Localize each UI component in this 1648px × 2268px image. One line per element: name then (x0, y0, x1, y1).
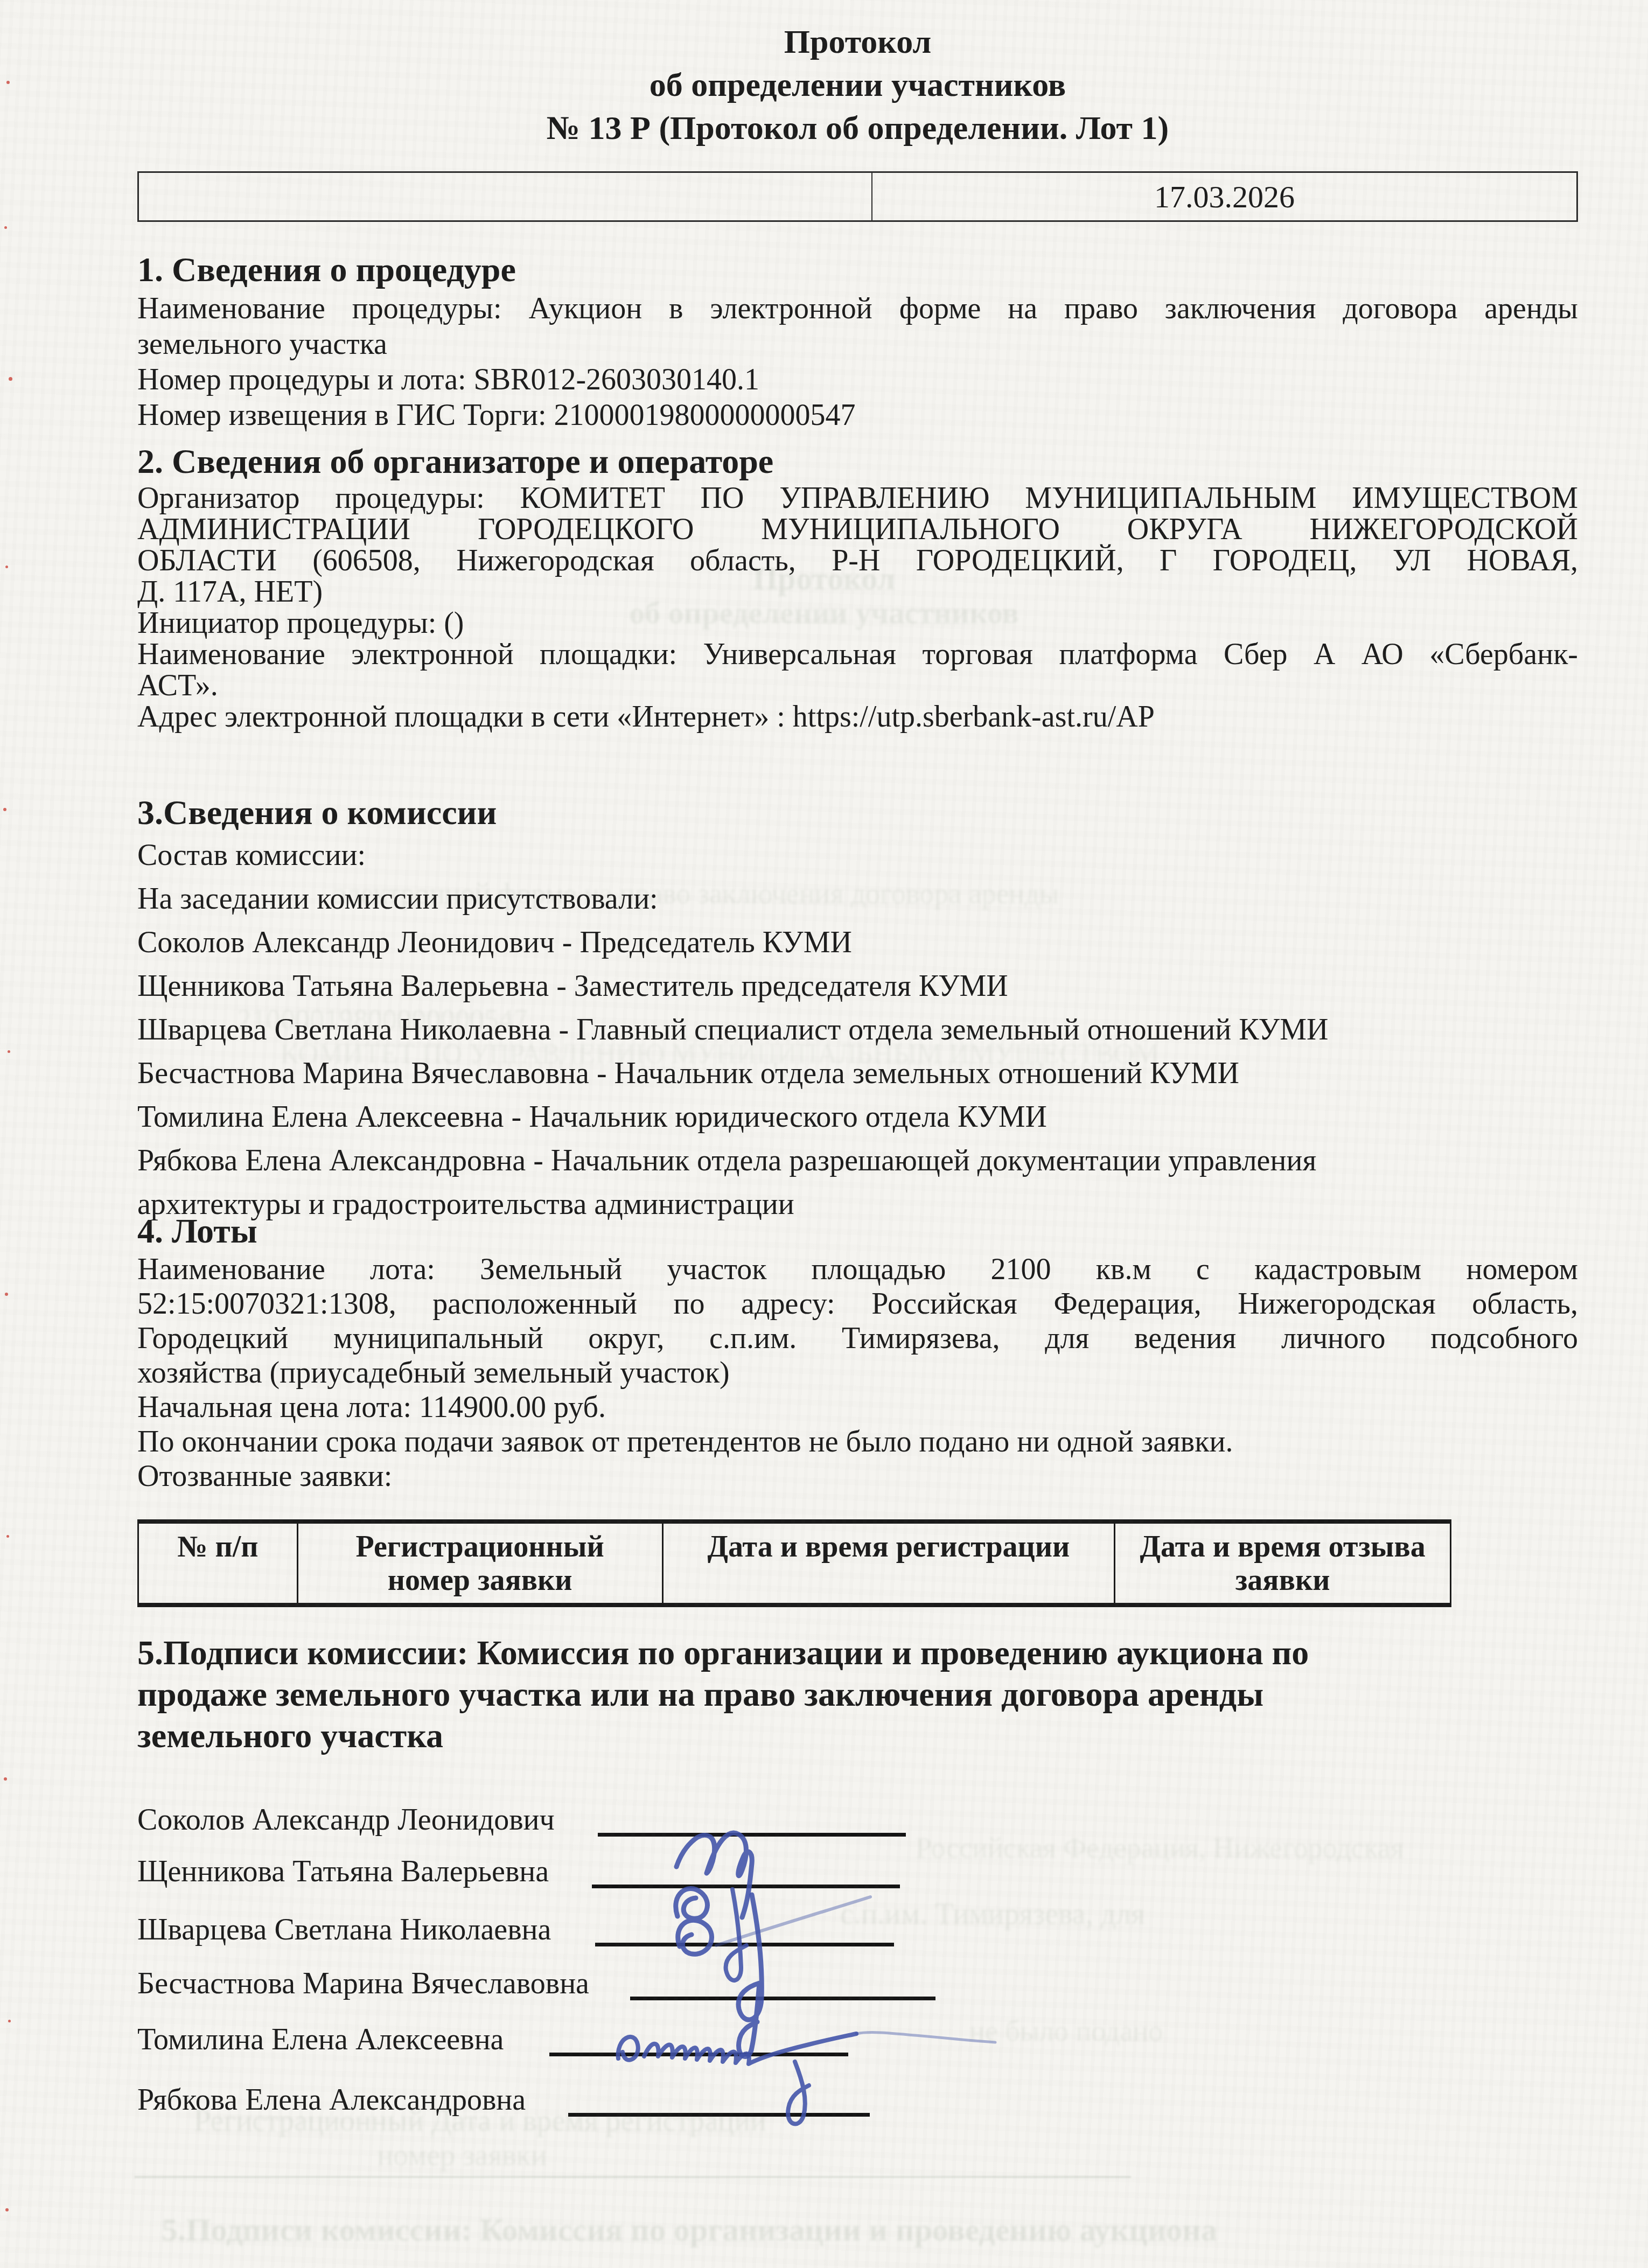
signature-line (592, 1885, 900, 1888)
signature-line (568, 2113, 870, 2117)
body-line: 52:15:0070321:1308, расположенный по адр… (137, 1287, 1578, 1321)
bleedthrough-text: 5.Подписи комиссии: Комиссия по организа… (162, 2211, 1217, 2249)
document-date: 17.03.2026 (872, 173, 1576, 220)
signature-row: Щенникова Татьяна Валерьевна (137, 1855, 1578, 1888)
body-line: ОБЛАСТИ (606508, Нижегородская область, … (137, 545, 1578, 576)
scanned-document-page: Протокол об определении участников элект… (0, 0, 1648, 2268)
section-signatures: 5.Подписи комиссии: Комиссия по организа… (137, 1632, 1578, 1756)
date-table: 17.03.2026 (137, 171, 1578, 222)
signature-row: Шварцева Светлана Николаевна (137, 1914, 1578, 1946)
body-line: АДМИНИСТРАЦИИ ГОРОДЕЦКОГО МУНИЦИПАЛЬНОГО… (137, 514, 1578, 545)
section-procedure: 1. Сведения о процедуре Наименование про… (137, 249, 1578, 433)
body-line: Наименование процедуры: Аукцион в электр… (137, 291, 1578, 326)
table-header-text: № п/п (139, 1530, 296, 1564)
signature-line (549, 2053, 848, 2056)
table-header-reg-datetime: Дата и время регистрации (662, 1522, 1115, 1605)
signer-name: Шварцева Светлана Николаевна (137, 1913, 551, 1946)
table-header-number: № п/п (138, 1522, 298, 1605)
body-line: АСТ». (137, 670, 1578, 701)
section-organizer-heading: 2. Сведения об организаторе и операторе (137, 441, 1578, 483)
section-procedure-heading: 1. Сведения о процедуре (137, 249, 1578, 291)
signature-row: Бесчастнова Марина Вячеславовна (137, 1967, 1578, 2000)
lot-start-price: Начальная цена лота: 114900.00 руб. (137, 1390, 1578, 1425)
body-line: хозяйства (приусадебный земельный участо… (137, 1356, 1578, 1390)
signature-block: Соколов Александр Леонидович Щенникова Т… (137, 1802, 1578, 2146)
body-line: Городецкий муниципальный округ, с.п.им. … (137, 1321, 1578, 1356)
signature-row: Соколов Александр Леонидович (137, 1804, 1578, 1836)
commission-member: Томилина Елена Алексеевна - Начальник юр… (137, 1095, 1578, 1139)
scanner-speck (8, 1050, 10, 1053)
table-header-text: заявки (1116, 1564, 1449, 1597)
signer-name: Томилина Елена Алексеевна (137, 2023, 504, 2056)
signature-row: Рябкова Елена Александровна (137, 2084, 1578, 2116)
signature-row: Томилина Елена Алексеевна (137, 2023, 1578, 2056)
body-line: Организатор процедуры: КОМИТЕТ ПО УПРАВЛ… (137, 483, 1578, 514)
body-line: Наименование электронной площадки: Униве… (137, 639, 1578, 670)
signer-name: Рябкова Елена Александровна (137, 2083, 526, 2117)
body-line: Д. 117А, НЕТ) (137, 576, 1578, 608)
commission-member: Щенникова Татьяна Валерьевна - Заместите… (137, 965, 1578, 1008)
commission-member: Бесчастнова Марина Вячеславовна - Началь… (137, 1052, 1578, 1095)
scanner-speck (9, 377, 12, 381)
section-commission-heading: 3.Сведения о комиссии (137, 792, 1578, 834)
table-header-text: Дата и время регистрации (664, 1530, 1114, 1564)
scanner-speck (6, 81, 10, 84)
body-line: Состав комиссии: (137, 834, 1578, 877)
body-line: На заседании комиссии присутствовали: (137, 877, 1578, 921)
table-header-text: Дата и время отзыва (1116, 1530, 1449, 1564)
table-header-text: номер заявки (299, 1564, 661, 1597)
section-lots: 4. Лоты Наименование лота: Земельный уча… (137, 1210, 1578, 1494)
withdrawn-applications-table: № п/п Регистрационный номер заявки Дата … (137, 1519, 1451, 1607)
table-header-reg-number: Регистрационный номер заявки (297, 1522, 662, 1605)
scanner-speck (4, 226, 7, 229)
section-commission: 3.Сведения о комиссии Состав комиссии: Н… (137, 792, 1578, 1226)
signer-name: Щенникова Татьяна Валерьевна (137, 1855, 549, 1888)
signer-name: Соколов Александр Леонидович (137, 1803, 555, 1837)
table-header-text: Регистрационный (299, 1530, 661, 1564)
body-line: Номер процедуры и лота: SBR012-260303014… (137, 362, 1578, 397)
commission-member: Шварцева Светлана Николаевна - Главный с… (137, 1008, 1578, 1052)
document-content: Протокол об определении участников № 13 … (137, 20, 1578, 2146)
no-bids-note: По окончании срока подачи заявок от прет… (137, 1425, 1578, 1459)
signer-name: Бесчастнова Марина Вячеславовна (137, 1967, 589, 2000)
table-header-withdraw-datetime: Дата и время отзыва заявки (1115, 1522, 1451, 1605)
bleedthrough-rule (135, 2176, 1131, 2178)
scanner-speck (8, 2020, 11, 2022)
scanner-speck (6, 1535, 9, 1538)
commission-member: Соколов Александр Леонидович - Председат… (137, 921, 1578, 965)
commission-member: Рябкова Елена Александровна - Начальник … (137, 1139, 1578, 1183)
body-line: Номер извещения в ГИС Торги: 21000019800… (137, 397, 1578, 433)
scanner-speck (3, 808, 6, 811)
signatures-heading-line: 5.Подписи комиссии: Комиссия по организа… (137, 1632, 1578, 1673)
scanner-speck (4, 1777, 7, 1781)
signature-line (595, 1943, 894, 1946)
withdrawn-label: Отозванные заявки: (137, 1459, 1578, 1494)
date-table-empty-cell (139, 173, 872, 220)
signatures-heading-line: земельного участка (137, 1715, 1578, 1756)
document-title-line2: об определении участников (137, 64, 1578, 107)
document-title-line3: № 13 Р (Протокол об определении. Лот 1) (137, 107, 1578, 150)
body-line: земельного участка (137, 326, 1578, 362)
section-organizer: 2. Сведения об организаторе и операторе … (137, 441, 1578, 732)
scanner-speck (5, 1293, 8, 1296)
signature-line (598, 1833, 906, 1837)
body-line: Наименование лота: Земельный участок пло… (137, 1252, 1578, 1287)
document-title-line1: Протокол (137, 20, 1578, 64)
scanner-speck (5, 2208, 9, 2211)
body-line: Инициатор процедуры: () (137, 608, 1578, 639)
body-line: Адрес электронной площадки в сети «Интер… (137, 701, 1578, 732)
signature-line (630, 1997, 935, 2000)
table-header-row: № п/п Регистрационный номер заявки Дата … (138, 1522, 1451, 1605)
signatures-heading-line: продаже земельного участка или на право … (137, 1673, 1578, 1715)
